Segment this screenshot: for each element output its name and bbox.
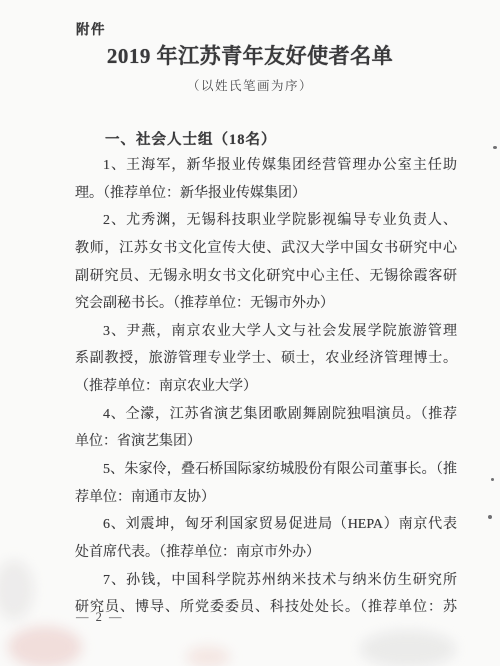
page-number: — 2 — [76,610,124,625]
scan-speck [493,146,497,149]
entry-line: 7、孙钱，中国科学院苏州纳米技术与纳米仿生研究所 [75,567,457,595]
scanned-document-page: 附件 2019 年江苏青年友好使者名单 （以姓氏笔画为序） 一、社会人士组（18… [0,0,500,666]
document-subtitle: （以姓氏笔画为序） [0,76,500,94]
entry-line: 1、王海军，新华报业传媒集团经营管理办公室主任助 [75,152,457,180]
entry-line: 副研究员、无锡永明女书文化研究中心主任、无锡徐霞客研 [75,263,457,291]
entry-line: 3、尹燕，南京农业大学人文与社会发展学院旅游管理 [75,318,457,346]
entry-line: 5、朱家伶，叠石桥国际家纺城股份有限公司董事长。（推 [75,456,457,484]
attachment-label: 附件 [76,18,106,38]
scan-speck [488,515,492,519]
section-heading: 一、社会人士组（18名） [105,128,277,149]
entry-line: 究会副秘书长。（推荐单位：无锡市外办） [75,290,457,318]
entry-line: 2、尤秀渊，无锡科技职业学院影视编导专业负责人、 [75,207,457,235]
entry-line: 研究员、博导、所党委委员、科技处处长。（推荐单位：苏 [75,594,457,622]
scan-speck [491,478,494,481]
document-title: 2019 年江苏青年友好使者名单 [0,40,500,70]
entry-line: 教师，江苏女书文化宣传大使、武汉大学中国女书研究中心 [75,235,457,263]
entry-line: 4、仝濛，江苏省演艺集团歌剧舞剧院独唱演员。（推荐 [75,401,457,429]
scan-stain [186,646,230,666]
entry-line: 单位：省演艺集团） [75,428,457,456]
entry-line: 处首席代表。（推荐单位：南京市外办） [75,539,457,567]
entry-line: （推荐单位：南京农业大学） [75,373,457,401]
entry-line: 理。（推荐单位：新华报业传媒集团） [75,180,457,208]
entry-line: 荐单位：南通市友协） [75,484,457,512]
document-body: 1、王海军，新华报业传媒集团经营管理办公室主任助理。（推荐单位：新华报业传媒集团… [75,152,457,622]
entry-line: 系副教授，旅游管理专业学士、硕士，农业经济管理博士。 [75,345,457,373]
scan-shadow [0,560,34,620]
scan-stain [8,626,82,666]
entry-line: 6、刘震坤，匈牙利国家贸易促进局（HEPA）南京代表 [75,511,457,539]
scan-shadow [360,630,456,666]
